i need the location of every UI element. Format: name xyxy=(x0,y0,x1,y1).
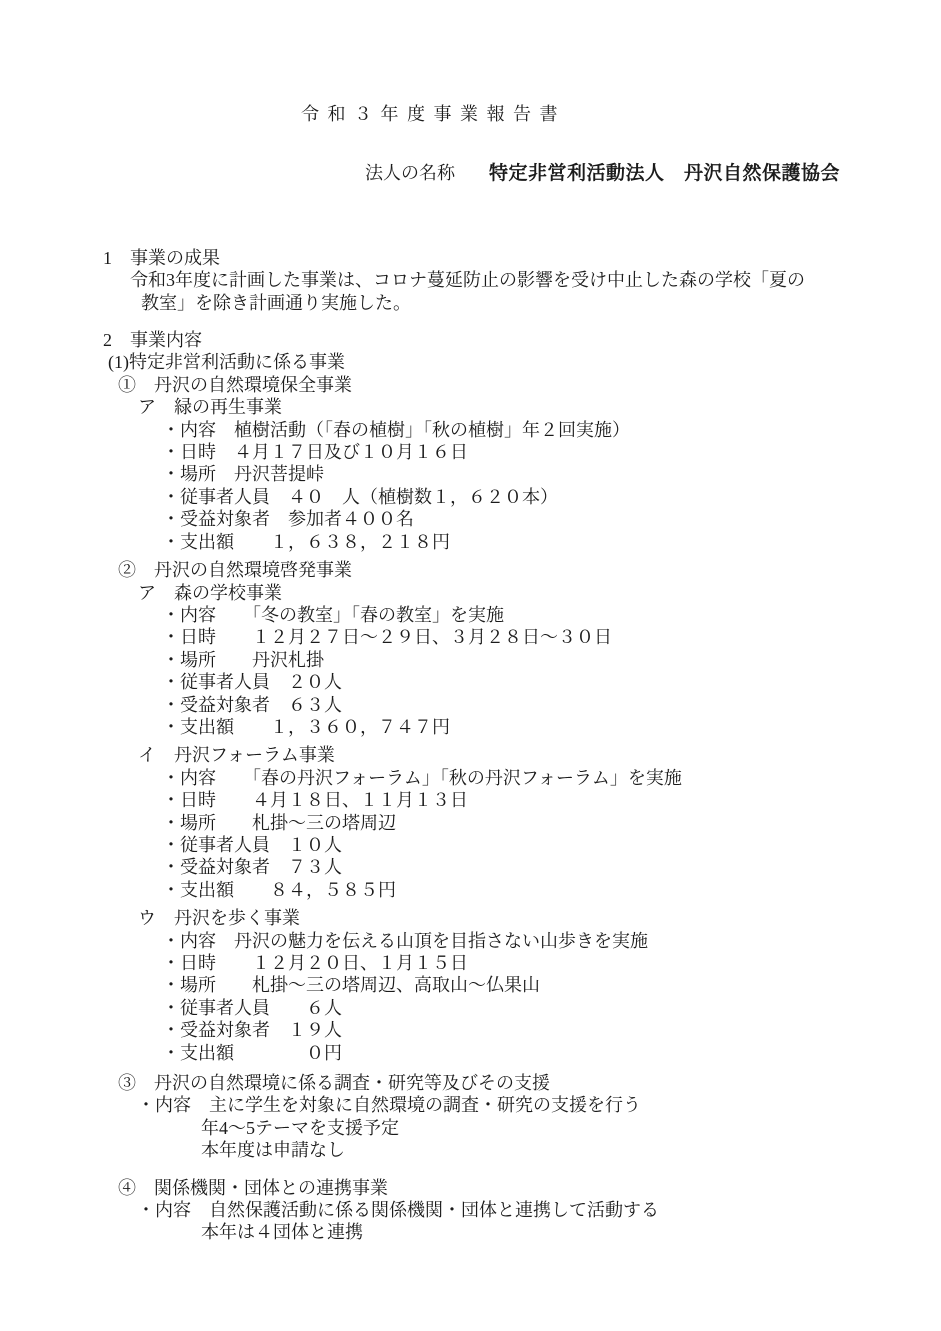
section-1-body-line: 令和3年度に計画した事業は、コロナ蔓延防止の影響を受け中止した森の学校「夏の xyxy=(0,269,941,291)
detail-line: ・受益対象者 １９人 xyxy=(0,1019,941,1041)
detail-line: ・支出額 １，３６０，７４７円 xyxy=(0,716,941,738)
detail-line: ・受益対象者 参加者４００名 xyxy=(0,508,941,530)
detail-line: ・日時 ４月１８日、１１月１３日 xyxy=(0,789,941,811)
detail-line: ・従事者人員 ６人 xyxy=(0,997,941,1019)
detail-line: ・内容 「冬の教室」「春の教室」を実施 xyxy=(0,604,941,626)
detail-line: ・支出額 ８４，５８５円 xyxy=(0,879,941,901)
subprogram-2b-heading: イ 丹沢フォーラム事業 xyxy=(0,744,941,766)
continuation-line: 本年度は申請なし xyxy=(0,1139,941,1161)
business-report-page: 令和３年度事業報告書 法人の名称特定非営利活動法人 丹沢自然保護協会 1 事業の… xyxy=(0,0,941,1331)
continuation-line: 本年は４団体と連携 xyxy=(0,1221,941,1243)
detail-line: ・場所 札掛～三の塔周辺 xyxy=(0,812,941,834)
detail-line: ・受益対象者 ７３人 xyxy=(0,856,941,878)
subprogram-2c-heading: ウ 丹沢を歩く事業 xyxy=(0,907,941,929)
detail-line: ・支出額 １，６３８，２１８円 xyxy=(0,531,941,553)
subprogram-1a-heading: ア 緑の再生事業 xyxy=(0,396,941,418)
category-1-heading: (1)特定非営利活動に係る事業 xyxy=(0,351,941,373)
report-title: 令和３年度事業報告書 xyxy=(0,103,941,125)
detail-line: ・支出額 ０円 xyxy=(0,1042,941,1064)
spacer xyxy=(0,1162,941,1177)
detail-line: ・内容 植樹活動（「春の植樹」「秋の植樹」年２回実施） xyxy=(0,419,941,441)
detail-line: ・内容 「春の丹沢フォーラム」「秋の丹沢フォーラム」を実施 xyxy=(0,767,941,789)
corporation-line: 法人の名称特定非営利活動法人 丹沢自然保護協会 xyxy=(0,162,941,185)
program-3-heading: ③ 丹沢の自然環境に係る調査・研究等及びその支援 xyxy=(0,1072,941,1094)
detail-line: ・場所 丹沢菩提峠 xyxy=(0,463,941,485)
detail-line: ・従事者人員 １０人 xyxy=(0,834,941,856)
detail-line: ・場所 札掛～三の塔周辺、高取山～仏果山 xyxy=(0,974,941,996)
detail-line: ・日時 １２月２０日、１月１５日 xyxy=(0,952,941,974)
corporation-name: 特定非営利活動法人 丹沢自然保護協会 xyxy=(489,163,840,184)
top-margin xyxy=(0,0,941,103)
corporation-name-label: 法人の名称 xyxy=(365,163,455,183)
section-1-body-line: 教室」を除き計画通り実施した。 xyxy=(0,292,941,314)
detail-line: ・内容 丹沢の魅力を伝える山頂を目指さない山歩きを実施 xyxy=(0,930,941,952)
detail-line: ・従事者人員 ４０ 人（植樹数１，６２０本） xyxy=(0,486,941,508)
subprogram-2a-heading: ア 森の学校事業 xyxy=(0,582,941,604)
section-2-heading: 2 事業内容 xyxy=(0,329,941,351)
spacer xyxy=(0,314,941,329)
spacer xyxy=(0,125,941,162)
spacer xyxy=(0,186,941,247)
detail-line: ・受益対象者 ６３人 xyxy=(0,694,941,716)
detail-line: ・日時 ４月１７日及び１０月１６日 xyxy=(0,441,941,463)
detail-line: ・内容 自然保護活動に係る関係機関・団体と連携して活動する xyxy=(0,1199,941,1221)
section-1-heading: 1 事業の成果 xyxy=(0,247,941,269)
detail-line: ・日時 １２月２７日～２９日、３月２８日～３０日 xyxy=(0,626,941,648)
program-4-heading: ④ 関係機関・団体との連携事業 xyxy=(0,1177,941,1199)
program-2-heading: ② 丹沢の自然環境啓発事業 xyxy=(0,559,941,581)
spacer xyxy=(0,1064,941,1072)
detail-line: ・従事者人員 ２０人 xyxy=(0,671,941,693)
detail-line: ・内容 主に学生を対象に自然環境の調査・研究の支援を行う xyxy=(0,1094,941,1116)
program-1-heading: ① 丹沢の自然環境保全事業 xyxy=(0,374,941,396)
continuation-line: 年4～5テーマを支援予定 xyxy=(0,1117,941,1139)
detail-line: ・場所 丹沢札掛 xyxy=(0,649,941,671)
